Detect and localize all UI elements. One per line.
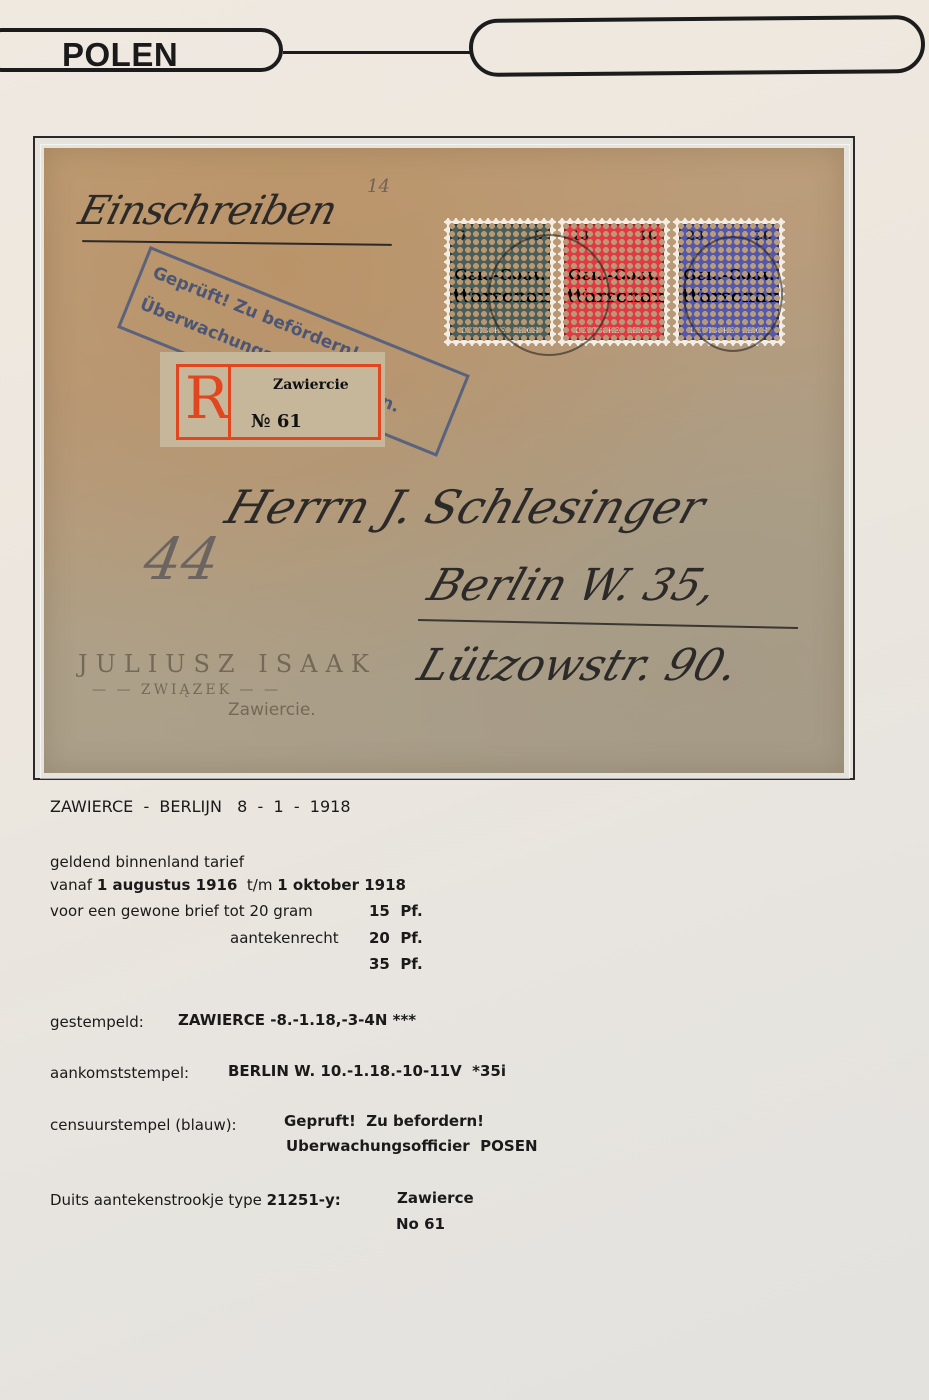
address-street: Lützowstr. 90. (412, 640, 746, 691)
registration-frame: R Zawiercie № 61 (176, 364, 381, 440)
sender-line-2: — — ZWIĄZEK — — (92, 682, 377, 698)
label-description: Duits aantekenstrookje type 21251-y: (50, 1191, 341, 1209)
stamp-value: 20 (686, 229, 704, 244)
arrival-label: aankomststempel: (50, 1064, 189, 1082)
tariff-prefix: vanaf (50, 876, 97, 894)
censor-value-1: Gepruft! Zu befordern! (284, 1112, 484, 1130)
stamp-value: 5 (457, 229, 466, 244)
tariff-label: voor een gewone brief tot 20 gram (50, 902, 313, 920)
address-name: Herrn J. Schlesinger (219, 480, 712, 534)
tariff-from: 1 augustus 1916 (97, 876, 238, 894)
postmark-label: gestempeld: (50, 1013, 144, 1031)
label-type: 21251-y: (267, 1191, 341, 1209)
censor-label: censuurstempel (blauw): (50, 1116, 237, 1134)
stamp-value: 20 (754, 229, 772, 244)
header-connector-line (283, 51, 471, 54)
label-label: Duits aantekenstrookje type (50, 1191, 267, 1209)
pencil-note: 14 (367, 176, 390, 197)
arrival-value: BERLIN W. 10.-1.18.-10-11V *35i (228, 1062, 506, 1080)
sender-line-1: JULIUSZ ISAAK (78, 650, 377, 678)
postmark-circle (488, 234, 610, 356)
address-city: Berlin W. 35, (422, 560, 724, 611)
tariff-heading: geldend binnenland tarief (50, 853, 244, 871)
sender-imprint: JULIUSZ ISAAK — — ZWIĄZEK — — Zawiercie. (78, 650, 377, 720)
censor-value-2: Uberwachungsofficier POSEN (286, 1137, 538, 1155)
registration-r-box: R (179, 367, 231, 437)
tariff-row: voor een gewone brief tot 20 gram (50, 902, 313, 920)
registration-place: Zawiercie (273, 377, 349, 393)
pencil-mark: 44 (139, 525, 225, 593)
tariff-label: aantekenrecht (230, 929, 339, 947)
tariff-to: 1 oktober 1918 (277, 876, 406, 894)
tariff-period: vanaf 1 augustus 1916 t/m 1 oktober 1918 (50, 876, 406, 894)
postmark-circle (683, 236, 783, 352)
route-date: ZAWIERCE - BERLIJN 8 - 1 - 1918 (50, 797, 351, 816)
label-value-2: No 61 (396, 1215, 445, 1233)
handwritten-einschreiben: Einschreiben (74, 188, 341, 234)
registration-letter: R (185, 369, 229, 427)
registration-number: № 61 (251, 411, 302, 432)
label-value-1: Zawierce (397, 1189, 474, 1207)
tariff-amount: 20 Pf. (369, 929, 423, 947)
tariff-amount: 15 Pf. (369, 902, 423, 920)
registration-label: R Zawiercie № 61 (160, 352, 385, 447)
postmark-value: ZAWIERCE -8.-1.18,-3-4N *** (178, 1011, 416, 1029)
stamp-value: 10 (639, 229, 657, 244)
page-title: POLEN (62, 36, 178, 74)
header-empty-box (469, 15, 925, 77)
tariff-between: t/m (237, 876, 277, 894)
tariff-total: 35 Pf. (369, 955, 423, 973)
sender-line-3: Zawiercie. (228, 700, 377, 720)
